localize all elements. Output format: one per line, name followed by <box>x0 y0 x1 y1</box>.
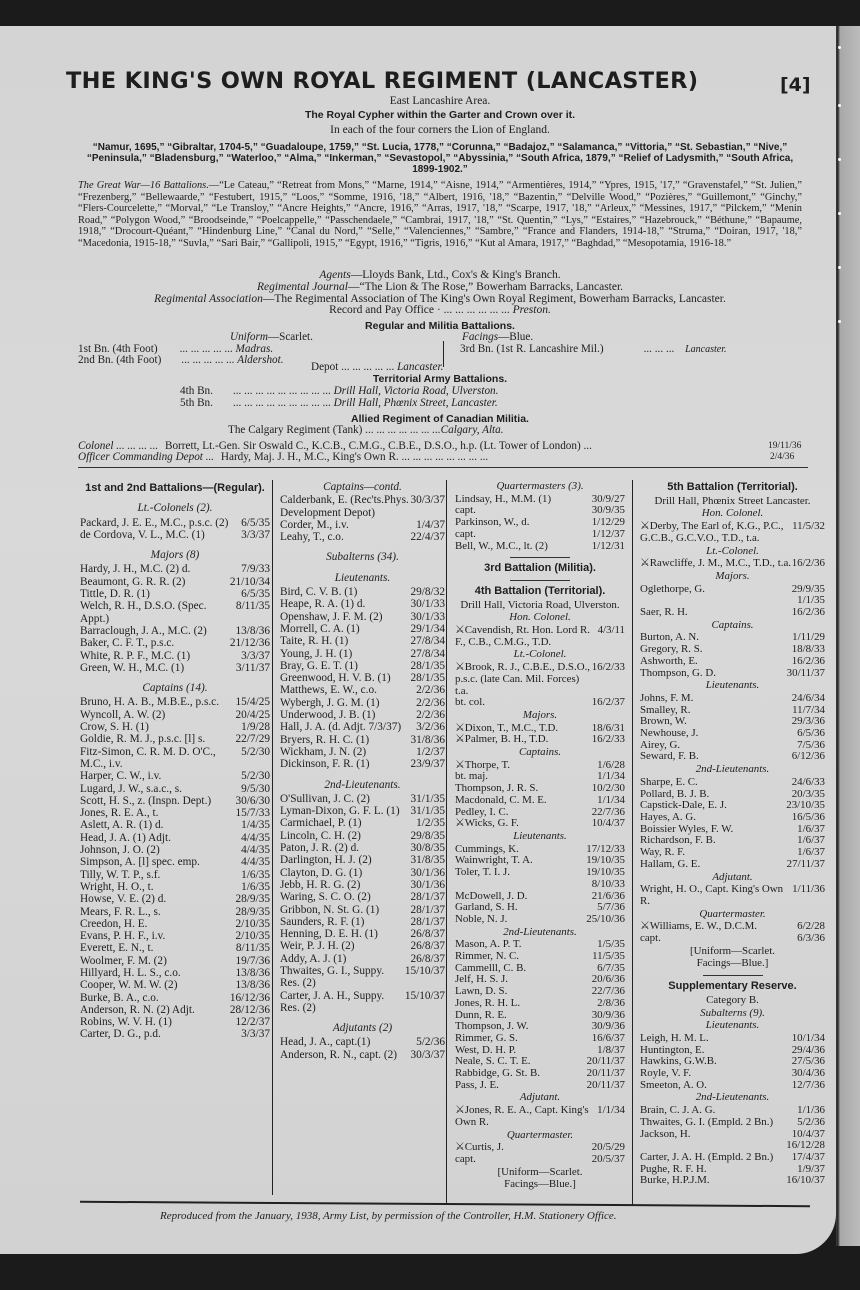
officer-name: Waring, S. C. O. (2) <box>280 891 371 903</box>
territorial-heading: Territorial Army Battalions. <box>70 373 810 385</box>
officer-name: Hardy, J. H., M.C. (2) d. <box>80 563 190 575</box>
footer-credit: Reproduced from the January, 1938, Army … <box>160 1210 617 1222</box>
officer-name: Wright, H. O., Capt. King's Own R. <box>640 884 792 907</box>
officer-name: Pass, J. E. <box>455 1080 499 1092</box>
commission-date: 4/4/35 <box>241 832 270 844</box>
officer-entry: Barraclough, J. A., M.C. (2)13/8/36 <box>80 625 270 637</box>
officer-entry: Hayes, A. G.16/5/36 <box>640 812 825 824</box>
great-war-label: The Great War—16 Battalions. <box>78 180 209 191</box>
officer-name: Gribbon, N. St. G. (1) <box>280 904 379 916</box>
commission-date: 1/12/37 <box>592 529 625 541</box>
officer-entry: Welch, R. H., D.S.O. (Spec. Appt.)8/11/3… <box>80 600 270 625</box>
officer-name: Royle, V. F. <box>640 1068 691 1080</box>
officer-entry: Clayton, D. G. (1)30/1/36 <box>280 867 445 879</box>
officer-entry: White, R. P. F., M.C. (1)3/3/37 <box>80 650 270 662</box>
ocd-date: 2/4/36 <box>770 452 794 462</box>
officer-name: Heape, R. A. (1) d. <box>280 598 365 610</box>
commission-date: 11/5/35 <box>592 951 625 963</box>
section-heading: Lieutenants. <box>455 831 625 843</box>
officer-entry: Saunders, R. F. (1)28/1/37 <box>280 916 445 928</box>
section-rule <box>78 467 808 468</box>
commission-date: 15/7/33 <box>235 807 270 819</box>
officer-name: Greenwood, H. V. B. (1) <box>280 672 391 684</box>
officer-entry: Mears, F. R. L., s.28/9/35 <box>80 906 270 918</box>
commission-date: 28/12/36 <box>230 1004 270 1016</box>
uniform-note: [Uniform—Scarlet. <box>455 1167 625 1179</box>
officer-name: Taite, R. H. (1) <box>280 635 348 647</box>
commission-date: 8/11/35 <box>236 942 270 954</box>
officer-name: Macdonald, C. M. E. <box>455 795 547 807</box>
uniform-line: Uniform—Scarlet. <box>230 331 313 343</box>
commission-date: 4/3/11 <box>598 625 625 648</box>
section-heading: Supplementary Reserve. <box>640 981 825 993</box>
commission-date: 31/8/35 <box>410 854 445 866</box>
commission-date: 1/2/37 <box>416 746 445 758</box>
officer-name: Aslett, A. R. (1) d. <box>80 819 163 831</box>
section-heading: Captains. <box>640 620 825 632</box>
officer-name: Sharpe, E. C. <box>640 777 698 789</box>
column-divider <box>446 480 447 1205</box>
commission-date: 26/8/37 <box>410 928 445 940</box>
officer-name: Seward, F. B. <box>640 751 699 763</box>
officer-name: Fitz-Simon, C. R. M. D. O'C., M.C., i.v. <box>80 746 241 771</box>
officer-name: Ashworth, E. <box>640 656 698 668</box>
officer-name: Anderson, R. N. (2) Adjt. <box>80 1004 195 1016</box>
officer-entry: Wybergh, J. G. M. (1)2/2/36 <box>280 697 445 709</box>
commission-date: 30/6/30 <box>235 795 270 807</box>
officer-entry: Robins, W. V. H. (1)12/2/37 <box>80 1016 270 1028</box>
commission-date: 21/10/34 <box>230 576 270 588</box>
officer-name: Hall, J. A. (d. Adjt. 7/3/37) <box>280 721 401 733</box>
officer-entry: Lincoln, C. H. (2)29/8/35 <box>280 830 445 842</box>
officer-entry: Head, J. A. (1) Adjt.4/4/35 <box>80 832 270 844</box>
officer-name: Barraclough, J. A., M.C. (2) <box>80 625 207 637</box>
uniform-note: [Uniform—Scarlet. <box>640 946 825 958</box>
commission-date: 17/4/37 <box>792 1152 825 1164</box>
commission-date: 19/7/36 <box>235 955 270 967</box>
officer-entry: Rabbidge, G. St. B.20/11/37 <box>455 1068 625 1080</box>
commission-date: 28/1/35 <box>410 672 445 684</box>
officer-name: Head, J. A., capt.(1) <box>280 1036 370 1048</box>
officer-name: Jackson, H. <box>640 1129 691 1141</box>
officer-name: Tittle, D. R. (1) <box>80 588 150 600</box>
officer-entry: Creedon, H. E.2/10/35 <box>80 918 270 930</box>
facings-line: Facings—Blue. <box>462 331 533 343</box>
officer-entry: Leahy, T., c.o.22/4/37 <box>280 531 445 543</box>
officer-name: Hillyard, H. L. S., c.o. <box>80 967 181 979</box>
agents-line: Agents—Lloyds Bank, Ltd., Cox's & King's… <box>70 269 810 281</box>
commission-date: 28/9/35 <box>235 893 270 905</box>
commission-date: 15/4/25 <box>235 696 270 708</box>
officer-entry: Thwaites, G. I., Suppy. Res. (2)15/10/37 <box>280 965 445 990</box>
commission-date: 30/4/36 <box>792 1068 825 1080</box>
battle-honours-early: “Namur, 1695,” “Gibraltar, 1704-5,” “Gua… <box>78 142 802 175</box>
officer-name: Matthews, E. W., c.o. <box>280 684 377 696</box>
battalion-address: Drill Hall, Victoria Road, Ulverston. <box>455 600 625 612</box>
officer-name: Burke, B. A., c.o. <box>80 992 159 1004</box>
officer-entry: Lugard, J. W., s.a.c., s.9/5/30 <box>80 783 270 795</box>
officer-name: Toler, T. I. J. <box>455 867 510 879</box>
officer-name: Clayton, D. G. (1) <box>280 867 362 879</box>
commission-date: 2/10/35 <box>235 930 270 942</box>
facings-note: Facings—Blue.] <box>640 958 825 970</box>
commission-date: 22/4/37 <box>410 531 445 543</box>
section-heading: Quartermaster. <box>455 1130 625 1142</box>
officer-name: Cooper, W. M. W. (2) <box>80 979 177 991</box>
officer-name: Rimmer, N. C. <box>455 951 519 963</box>
officer-entry: ⚔Palmer, B. H., T.D.16/2/33 <box>455 734 625 746</box>
officer-entry: Seward, F. B.6/12/36 <box>640 751 825 763</box>
officer-entry: 8/10/33 <box>455 879 625 891</box>
officer-name: ⚔Jones, R. E. A., Capt. King's Own R. <box>455 1105 597 1128</box>
officer-name: Head, J. A. (1) Adjt. <box>80 832 171 844</box>
officer-name: Bruno, H. A. B., M.B.E., p.s.c. <box>80 696 219 708</box>
officer-name: Robins, W. V. H. (1) <box>80 1016 172 1028</box>
officer-name: Openshaw, J. F. M. (2) <box>280 611 383 623</box>
officer-entry: ⚔Derby, The Earl of, K.G., P.C., G.C.B.,… <box>640 521 825 544</box>
officer-entry: Goldie, R. M. J., p.s.c. [l] s.22/7/29 <box>80 733 270 745</box>
section-heading: Lieutenants. <box>640 680 825 692</box>
commission-date: 30/8/35 <box>410 842 445 854</box>
officer-entry: bt. col.16/2/37 <box>455 697 625 709</box>
section-heading: 1st and 2nd Battalions—(Regular). <box>80 482 270 494</box>
officer-entry: Carter, J. A. H. (Empld. 2 Bn.)17/4/37 <box>640 1152 825 1164</box>
officer-entry: Greenwood, H. V. B. (1)28/1/35 <box>280 672 445 684</box>
commission-date: 24/6/33 <box>792 777 825 789</box>
commission-date: 1/6/35 <box>241 881 270 893</box>
officer-entry: Pass, J. E.20/11/37 <box>455 1080 625 1092</box>
commission-date: 8/11/35 <box>236 600 270 625</box>
commission-date: 12/7/36 <box>792 1080 825 1092</box>
officer-name: Morrell, C. A. (1) <box>280 623 360 635</box>
officer-name: Leahy, T., c.o. <box>280 531 344 543</box>
officer-name: Mears, F. R. L., s. <box>80 906 161 918</box>
officer-entry: Simpson, A. [l] spec. emp.4/4/35 <box>80 856 270 868</box>
commission-date: 6/5/35 <box>241 517 270 529</box>
officer-name: capt. <box>455 1154 476 1166</box>
officer-entry: Rimmer, N. C.11/5/35 <box>455 951 625 963</box>
officer-name: White, R. P. F., M.C. (1) <box>80 650 190 662</box>
officer-name: Simpson, A. [l] spec. emp. <box>80 856 200 868</box>
officer-entry: Carter, D. G., p.d.3/3/37 <box>80 1028 270 1040</box>
commission-date: 13/8/36 <box>235 979 270 991</box>
section-heading: Lt.-Colonels (2). <box>80 502 270 514</box>
officer-name: Thompson, G. D. <box>640 668 716 680</box>
section-heading: 3rd Battalion (Militia). <box>455 563 625 575</box>
officer-entry: Bird, C. V. B. (1)29/8/32 <box>280 586 445 598</box>
commission-date: 3/3/37 <box>241 650 270 662</box>
officer-name: Bell, W., M.C., lt. (2) <box>455 541 548 553</box>
section-heading: Lieutenants. <box>640 1020 825 1032</box>
officer-entry: Paton, J. R. (2) d.30/8/35 <box>280 842 445 854</box>
officer-name: bt. col. <box>455 697 485 709</box>
officer-entry: Head, J. A., capt.(1)5/2/36 <box>280 1036 445 1048</box>
commission-date: 1/12/31 <box>592 541 625 553</box>
commission-date: 6/3/36 <box>797 933 825 945</box>
officer-entry: capt.1/12/37 <box>455 529 625 541</box>
officer-name: Anderson, R. N., capt. (2) <box>280 1049 397 1061</box>
officer-entry: Royle, V. F.30/4/36 <box>640 1068 825 1080</box>
commission-date: 9/5/30 <box>241 783 270 795</box>
officer-name: Burke, H.P.J.M. <box>640 1175 710 1187</box>
commission-date: 1/11/36 <box>792 884 825 907</box>
officer-name: Leigh, H. M. L. <box>640 1033 709 1045</box>
commission-date: 28/1/37 <box>410 891 445 903</box>
officer-name: ⚔Brook, R. J., C.B.E., D.S.O., p.s.c. (l… <box>455 662 592 697</box>
officer-entry: Harper, C. W., i.v.5/2/30 <box>80 770 270 782</box>
officer-entry: Wright, H. O., Capt. King's Own R.1/11/3… <box>640 884 825 907</box>
section-heading: Quartermasters (3). <box>455 481 625 493</box>
depot-line: Depot ... ... ... ... ... Lancaster. <box>311 361 443 373</box>
section-heading: Lieutenants. <box>280 572 445 584</box>
commission-date: 1/6/35 <box>241 869 270 881</box>
officer-entry: Wright, H. O., t.1/6/35 <box>80 881 270 893</box>
officer-entry: Lyman-Dixon, G. F. L. (1)31/1/35 <box>280 805 445 817</box>
officer-entry: Anderson, R. N. (2) Adjt.28/12/36 <box>80 1004 270 1016</box>
section-heading: Adjutants (2) <box>280 1022 445 1034</box>
officer-entry: Heape, R. A. (1) d.30/1/33 <box>280 598 445 610</box>
officer-name: Smeeton, A. O. <box>640 1080 707 1092</box>
officer-entry: Everett, E. N., t.8/11/35 <box>80 942 270 954</box>
commission-date: 1/1/34 <box>597 795 625 807</box>
officer-entry: Sharpe, E. C.24/6/33 <box>640 777 825 789</box>
officer-entry: ⚔Jones, R. E. A., Capt. King's Own R.1/1… <box>455 1105 625 1128</box>
officer-entry: Bray, G. E. T. (1)28/1/35 <box>280 660 445 672</box>
officer-name: Young, J. H. (1) <box>280 648 352 660</box>
officer-entry: capt.6/3/36 <box>640 933 825 945</box>
section-heading: Hon. Colonel. <box>640 508 825 520</box>
officer-name: Harper, C. W., i.v. <box>80 770 161 782</box>
officer-entry: Tilly, W. T. P., s.f.1/6/35 <box>80 869 270 881</box>
record-office-line: Record and Pay Office · ... ... ... ... … <box>70 304 810 316</box>
column-4th-battalion: Quartermasters (3).Lindsay, H., M.M. (1)… <box>455 480 625 1192</box>
commission-date: 10/4/37 <box>592 818 625 830</box>
officer-entry: Scott, H. S., z. (Inspn. Dept.)30/6/30 <box>80 795 270 807</box>
officer-name: ⚔Palmer, B. H., T.D. <box>455 734 548 746</box>
battle-honours-great-war: The Great War—16 Battalions.—“Le Cateau,… <box>78 180 802 249</box>
officer-entry: Howse, V. E. (2) d.28/9/35 <box>80 893 270 905</box>
commission-date: 16/2/37 <box>592 697 625 709</box>
officer-name: Corder, M., i.v. <box>280 519 349 531</box>
officer-entry: ⚔Cavendish, Rt. Hon. Lord R. F., C.B., C… <box>455 625 625 648</box>
section-heading: 2nd-Lieutenants. <box>280 779 445 791</box>
commission-date: 27/8/34 <box>410 648 445 660</box>
commission-date: 1/1/34 <box>597 1105 625 1128</box>
section-heading: 2nd-Lieutenants. <box>455 927 625 939</box>
officer-name: Darlington, H. J. (2) <box>280 854 372 866</box>
officer-name: Baker, C. F. T., p.s.c. <box>80 637 174 649</box>
section-heading: Hon. Colonel. <box>455 612 625 624</box>
commission-date: 30/11/37 <box>787 668 825 680</box>
officer-entry: Saer, R. H.16/2/36 <box>640 607 825 619</box>
officer-entry: Bryers, R. H. C. (1)31/8/36 <box>280 734 445 746</box>
bn2-line: 2nd Bn. (4th Foot)... ... ... ... ... Al… <box>78 354 284 366</box>
officer-entry: Dickinson, F. R. (1)23/9/37 <box>280 758 445 770</box>
commission-date: 16/2/33 <box>592 662 625 697</box>
officer-entry: Taite, R. H. (1)27/8/34 <box>280 635 445 647</box>
officer-entry: Hardy, J. H., M.C. (2) d.7/9/33 <box>80 563 270 575</box>
commission-date: 2/10/35 <box>235 918 270 930</box>
commission-date: 1/9/28 <box>241 721 270 733</box>
officer-entry: ⚔Rawcliffe, J. M., M.C., T.D., t.a.16/2/… <box>640 558 825 570</box>
commission-date: 16/6/37 <box>592 1033 625 1045</box>
section-heading: Captains (14). <box>80 682 270 694</box>
officer-name: Howse, V. E. (2) d. <box>80 893 166 905</box>
officer-entry: Openshaw, J. F. M. (2)30/1/33 <box>280 611 445 623</box>
officer-entry: Morrell, C. A. (1)29/1/34 <box>280 623 445 635</box>
section-rule <box>510 580 570 581</box>
officer-entry: Baker, C. F. T., p.s.c.21/12/36 <box>80 637 270 649</box>
officer-name: Hayes, A. G. <box>640 812 696 824</box>
section-heading: Subalterns (9). <box>640 1008 825 1020</box>
commission-date: 8/10/33 <box>592 879 625 891</box>
officer-name: Goldie, R. M. J., p.s.c. [l] s. <box>80 733 205 745</box>
commission-date: 28/1/35 <box>410 660 445 672</box>
commission-date: 7/9/33 <box>241 563 270 575</box>
officer-entry: Jebb, H. R. G. (2)30/1/36 <box>280 879 445 891</box>
officer-entry: Waring, S. C. O. (2)28/1/37 <box>280 891 445 903</box>
officer-entry: Noble, N. J.25/10/36 <box>455 914 625 926</box>
badge-description: The Royal Cypher within the Garter and C… <box>70 109 810 121</box>
commission-date: 28/9/35 <box>235 906 270 918</box>
officer-name: ⚔Wicks, G. F. <box>455 818 519 830</box>
commission-date: 3/2/36 <box>416 721 445 733</box>
officer-name: Noble, N. J. <box>455 914 507 926</box>
officer-entry: Crow, S. H. (1)1/9/28 <box>80 721 270 733</box>
officer-entry: Rimmer, G. S.16/6/37 <box>455 1033 625 1045</box>
officer-entry: Gribbon, N. St. G. (1)28/1/37 <box>280 904 445 916</box>
commission-date: 3/3/37 <box>241 529 270 541</box>
section-heading: Adjutant. <box>455 1092 625 1104</box>
commission-date: 20/11/37 <box>587 1080 625 1092</box>
column-divider <box>632 480 633 1205</box>
officer-entry: Wyncoll, A. W. (2)20/4/25 <box>80 709 270 721</box>
commission-date: 30/3/37 <box>410 494 445 519</box>
officer-entry: Aslett, A. R. (1) d.1/4/35 <box>80 819 270 831</box>
section-heading: Majors. <box>455 710 625 722</box>
commission-date: 30/1/36 <box>410 879 445 891</box>
commission-date: 4/4/35 <box>241 856 270 868</box>
commission-date: 1/4/35 <box>241 819 270 831</box>
commission-date: 26/8/37 <box>410 953 445 965</box>
officer-entry: Packard, J. E. E., M.C., p.s.c. (2)6/5/3… <box>80 517 270 529</box>
officer-entry: Burke, B. A., c.o.16/12/36 <box>80 992 270 1004</box>
commission-date: 12/2/37 <box>235 1016 270 1028</box>
officer-entry: Henning, D. E. H. (1)26/8/37 <box>280 928 445 940</box>
ocd-line: Officer Commanding Depot ... Hardy, Maj.… <box>78 451 488 463</box>
commission-date: 16/12/36 <box>230 992 270 1004</box>
officer-entry: de Cordova, V. L., M.C. (1)3/3/37 <box>80 529 270 541</box>
officer-entry: ⚔Brook, R. J., C.B.E., D.S.O., p.s.c. (l… <box>455 662 625 697</box>
book-spine <box>836 26 860 1246</box>
officer-name: Lugard, J. W., s.a.c., s. <box>80 783 182 795</box>
officer-name: Woolmer, F. M. (2) <box>80 955 167 967</box>
officer-name: Bird, C. V. B. (1) <box>280 586 357 598</box>
officer-name: Carter, J. A. H., Suppy. Res. (2) <box>280 990 405 1015</box>
officer-name: Calderbank, E. (Rec'ts.Phys. Development… <box>280 494 410 519</box>
commission-date: 31/8/36 <box>410 734 445 746</box>
section-heading: Subalterns (34). <box>280 551 445 563</box>
officer-name: Johnson, J. O. (2) <box>80 844 160 856</box>
officer-name: Carmichael, P. (1) <box>280 817 362 829</box>
officer-entry: Bell, W., M.C., lt. (2)1/12/31 <box>455 541 625 553</box>
officer-name: Bryers, R. H. C. (1) <box>280 734 369 746</box>
section-heading: Adjutant. <box>640 872 825 884</box>
journal-line: Regimental Journal—“The Lion & The Rose,… <box>70 281 810 293</box>
battalion-address: Drill Hall, Phœnix Street Lancaster. <box>640 496 825 508</box>
officer-name: O'Sullivan, J. C. (2) <box>280 793 370 805</box>
officer-entry: Addy, A. J. (1)26/8/37 <box>280 953 445 965</box>
commission-date: 13/8/36 <box>235 967 270 979</box>
officer-entry: Cooper, W. M. W. (2)13/8/36 <box>80 979 270 991</box>
officer-name: Packard, J. E. E., M.C., p.s.c. (2) <box>80 517 228 529</box>
section-heading: Lt.-Colonel. <box>455 649 625 661</box>
officer-name: Jebb, H. R. G. (2) <box>280 879 360 891</box>
officer-name: Everett, E. N., t. <box>80 942 153 954</box>
officer-name: de Cordova, V. L., M.C. (1) <box>80 529 205 541</box>
column-subalterns: Captains—contd.Calderbank, E. (Rec'ts.Ph… <box>280 480 445 1061</box>
officer-entry: Hall, J. A. (d. Adjt. 7/3/37)3/2/36 <box>280 721 445 733</box>
officer-name: Lincoln, C. H. (2) <box>280 830 361 842</box>
commission-date: 2/2/36 <box>416 709 445 721</box>
officer-name: ⚔Rawcliffe, J. M., M.C., T.D., t.a. <box>640 558 791 570</box>
officer-entry: Thwaites, G. I. (Empld. 2 Bn.)5/2/36 <box>640 1117 825 1129</box>
officer-name: Welch, R. H., D.S.O. (Spec. Appt.) <box>80 600 236 625</box>
officer-entry: Bruno, H. A. B., M.B.E., p.s.c.15/4/25 <box>80 696 270 708</box>
commission-date: 30/1/33 <box>410 611 445 623</box>
officer-name: Beaumont, G. R. R. (2) <box>80 576 185 588</box>
officer-name: Green, W. H., M.C. (1) <box>80 662 184 674</box>
facings-note: Facings—Blue.] <box>455 1179 625 1191</box>
officer-name: Jones, R. H. L. <box>455 998 520 1010</box>
officer-name: Thwaites, G. I., Suppy. Res. (2) <box>280 965 405 990</box>
officer-name: Jones, R. E. A., t. <box>80 807 158 819</box>
commission-date: 11/5/32 <box>792 521 825 544</box>
commission-date: 31/1/35 <box>410 793 445 805</box>
section-heading: 5th Battalion (Territorial). <box>640 482 825 494</box>
commission-date: 24/6/34 <box>792 693 825 705</box>
officer-name: Dickinson, F. R. (1) <box>280 758 369 770</box>
area-label: East Lancashire Area. <box>70 95 810 107</box>
officer-name: Bray, G. E. T. (1) <box>280 660 358 672</box>
officer-entry: Ashworth, E.16/2/36 <box>640 656 825 668</box>
officer-entry: Burke, H.P.J.M.16/10/37 <box>640 1175 825 1187</box>
officer-entry: Smeeton, A. O.12/7/36 <box>640 1080 825 1092</box>
officer-name: Addy, A. J. (1) <box>280 953 346 965</box>
officer-name: Rimmer, G. S. <box>455 1033 518 1045</box>
commission-date: 30/1/33 <box>410 598 445 610</box>
regular-battalions-heading: Regular and Militia Battalions. <box>70 320 810 332</box>
column-regular-battalions: 1st and 2nd Battalions—(Regular).Lt.-Col… <box>80 480 270 1041</box>
allied-line: The Calgary Regiment (Tank) ... ... ... … <box>228 424 504 436</box>
commission-date: 4/4/35 <box>241 844 270 856</box>
commission-date: 30/1/36 <box>410 867 445 879</box>
commission-date: 16/10/37 <box>786 1175 825 1187</box>
colonel-date: 19/11/36 <box>768 441 801 451</box>
section-heading: Captains—contd. <box>280 481 445 493</box>
officer-entry: Calderbank, E. (Rec'ts.Phys. Development… <box>280 494 445 519</box>
commission-date: 5/2/36 <box>797 1117 825 1129</box>
officer-entry: Newhouse, J.6/5/36 <box>640 728 825 740</box>
commission-date: 20/4/25 <box>235 709 270 721</box>
commission-date: 2/2/36 <box>416 684 445 696</box>
officer-entry: capt.20/5/37 <box>455 1154 625 1166</box>
bn3-line: 3rd Bn. (1st R. Lancashire Mil.)... ... … <box>460 343 727 355</box>
officer-entry: Beaumont, G. R. R. (2)21/10/34 <box>80 576 270 588</box>
officer-name: Lyman-Dixon, G. F. L. (1) <box>280 805 400 817</box>
officer-name: Wright, H. O., t. <box>80 881 154 893</box>
officer-entry: Woolmer, F. M. (2)19/7/36 <box>80 955 270 967</box>
